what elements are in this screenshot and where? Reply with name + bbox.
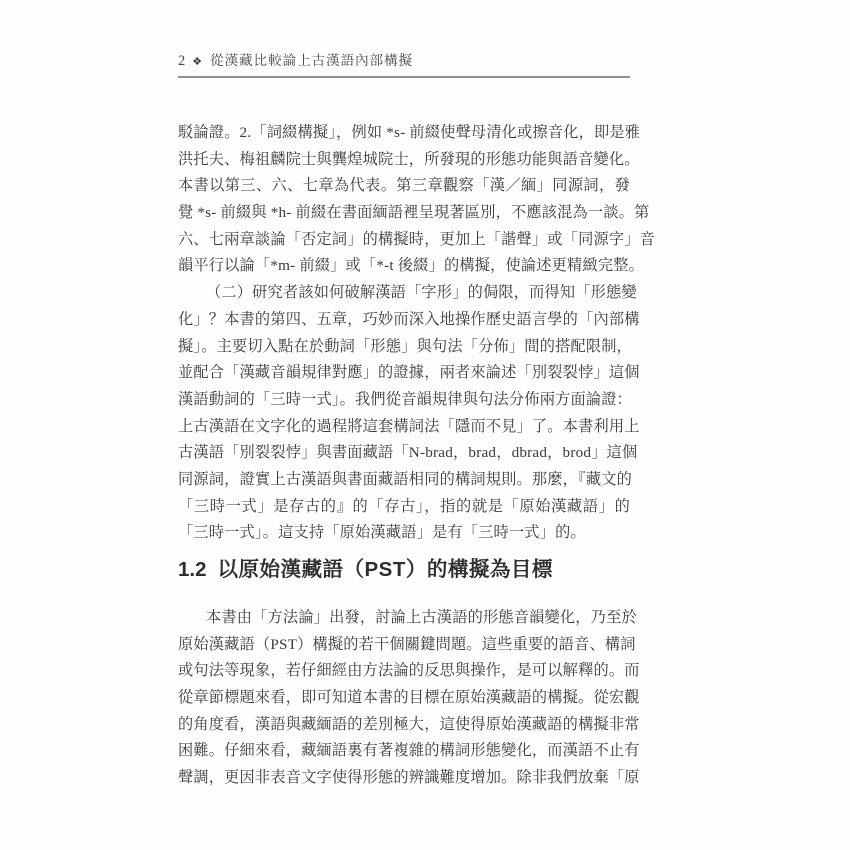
text-line: 洪托夫、梅祖麟院士與龔煌城院士，所發現的形態功能與語音變化。: [178, 147, 630, 174]
text-line: 並配合「漢藏音韻規律對應」的證據，兩者來論述「別裂裂悖」這個: [178, 360, 630, 387]
text-line: 困難。仔細來看，藏緬語裏有著複雜的構詞形態變化，而漢語不止有: [178, 738, 630, 765]
text-line: 本書以第三、六、七章為代表。第三章觀察「漢／緬」同源詞，發: [178, 173, 630, 200]
text-line: 聲調，更因非表音文字使得形態的辨識難度增加。除非我們放棄「原: [178, 765, 630, 792]
section-title: 以原始漢藏語（PST）的構擬為目標: [218, 558, 553, 581]
text-line: 覺 *s- 前綴與 *h- 前綴在書面緬語裡呈現著區別，不應該混為一談。第: [178, 200, 630, 227]
text-line: 韻平行以論「*m- 前綴」或「*-t 後綴」的構擬，使論述更精緻完整。: [178, 253, 630, 280]
text-line: （二）研究者該如何破解漢語「字形」的侷限，而得知「形態變: [178, 280, 630, 307]
text-line: 「三時一式」是存古的』的「存古」，指的就是「原始漢藏語」的: [178, 494, 630, 521]
section-number: 1.2: [178, 558, 207, 581]
page-body: 駁論證。2.「詞綴構擬」，例如 *s- 前綴使聲母清化或擦音化，即是雅 洪托夫、…: [178, 120, 630, 792]
header-rule: [178, 76, 630, 78]
text-line: 從章節標題來看，即可知道本書的目標在原始漢藏語的構擬。從宏觀: [178, 685, 630, 712]
text-line: 上古漢語在文字化的過程將這套構詞法「隱而不見」了。本書利用上: [178, 414, 630, 441]
paragraph-3: 本書由「方法論」出發，討論上古漢語的形態音韻變化，乃至於 原始漢藏語（PST）構…: [178, 605, 630, 792]
running-header: 2❖從漢藏比較論上古漢語內部構擬: [178, 52, 630, 71]
text-line: 化」？本書的第四、五章，巧妙而深入地操作歷史語言學的「內部構: [178, 307, 630, 334]
paragraph-2: （二）研究者該如何破解漢語「字形」的侷限，而得知「形態變 化」？本書的第四、五章…: [178, 280, 630, 547]
text-line: 駁論證。2.「詞綴構擬」，例如 *s- 前綴使聲母清化或擦音化，即是雅: [178, 120, 630, 147]
running-title: 從漢藏比較論上古漢語內部構擬: [210, 53, 413, 68]
text-line: 古漢語「別裂裂悖」與書面藏語「N-brad，brad，dbrad，brod」這個: [178, 440, 630, 467]
book-page: 2❖從漢藏比較論上古漢語內部構擬 駁論證。2.「詞綴構擬」，例如 *s- 前綴使…: [0, 0, 850, 850]
page-header: 2❖從漢藏比較論上古漢語內部構擬: [178, 52, 630, 78]
text-line: 六、七兩章談論「否定詞」的構擬時，更加上「諧聲」或「同源字」音: [178, 227, 630, 254]
page-number: 2: [178, 53, 186, 69]
florette-ornament-icon: ❖: [192, 56, 203, 68]
text-line: 漢語動詞的「三時一式」。我們從音韻規律與句法分佈兩方面論證：: [178, 387, 630, 414]
paragraph-1: 駁論證。2.「詞綴構擬」，例如 *s- 前綴使聲母清化或擦音化，即是雅 洪托夫、…: [178, 120, 630, 280]
section-heading: 1.2以原始漢藏語（PST）的構擬為目標: [178, 555, 630, 585]
text-line: 同源詞，證實上古漢語與書面藏語相同的構詞規則。那麼，『藏文的: [178, 467, 630, 494]
text-line: 「三時一式」。這支持「原始漢藏語」是有「三時一式」的。: [178, 520, 630, 547]
text-line: 本書由「方法論」出發，討論上古漢語的形態音韻變化，乃至於: [178, 605, 630, 632]
text-line: 擬」。主要切入點在於動詞「形態」與句法「分佈」間的搭配限制，: [178, 334, 630, 361]
text-line: 或句法等現象，若仔細經由方法論的反思與操作，是可以解釋的。而: [178, 658, 630, 685]
text-line: 原始漢藏語（PST）構擬的若干個關鍵問題。這些重要的語音、構詞: [178, 632, 630, 659]
text-line: 的角度看，漢語與藏緬語的差別極大，這使得原始漢藏語的構擬非常: [178, 712, 630, 739]
